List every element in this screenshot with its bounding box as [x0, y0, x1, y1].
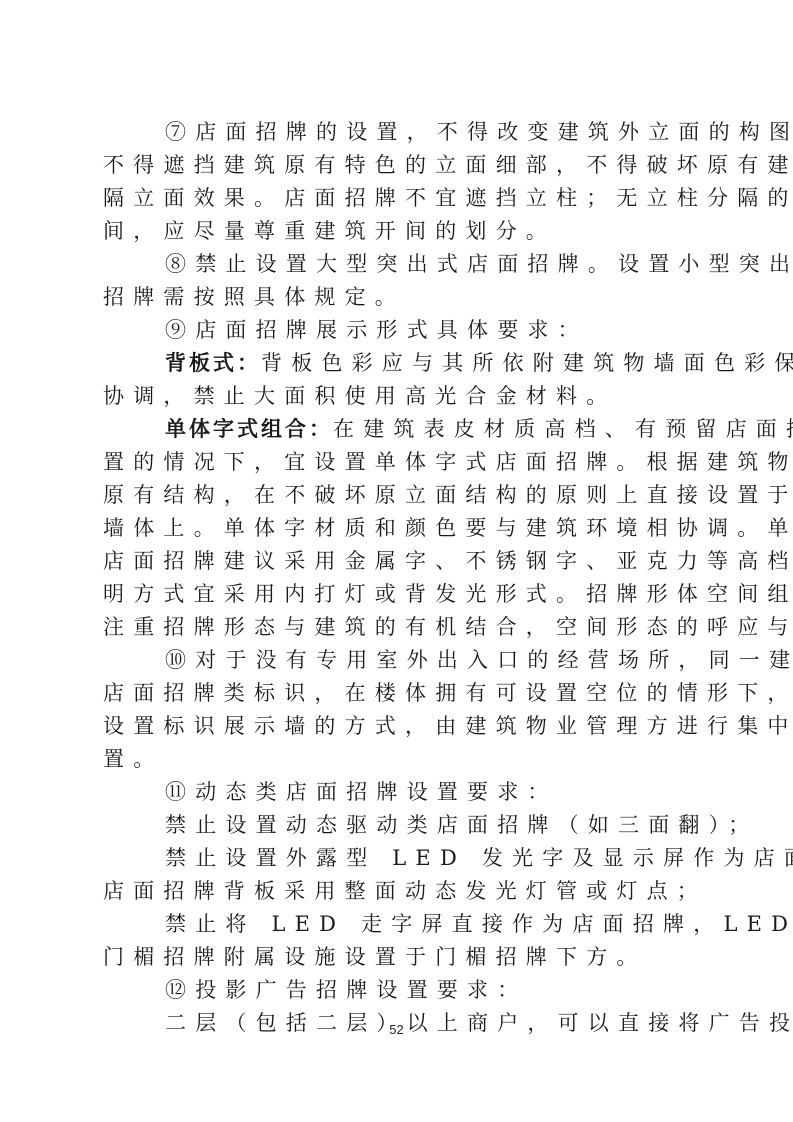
single-char-text: 在建筑表皮材质高档、有预留店面招牌位 [333, 417, 793, 441]
document-body: ⑦店面招牌的设置，不得改变建筑外立面的构图关系， 不得遮挡建筑原有特色的立面细部… [103, 116, 693, 1040]
single-char-line-6: 明方式宜采用内打灯或背发光形式。招牌形体空间组合形式： [103, 578, 693, 611]
paragraph-11b-line-2: 店面招牌背板采用整面动态发光灯管或灯点； [103, 875, 693, 908]
single-char-line-2: 置的情况下，宜设置单体字式店面招牌。根据建筑物立面的 [103, 446, 693, 479]
paragraph-8-line-1: ⑧禁止设置大型突出式店面招牌。设置小型突出式店面 [103, 248, 693, 281]
paragraph-11a-line-1: 禁止设置动态驱动类店面招牌（如三面翻）； [103, 809, 693, 842]
single-char-label: 单体字式组合： [165, 417, 333, 441]
paragraph-11c-line-1: 禁止将 LED 走字屏直接作为店面招牌，LED 走字屏可作为 [103, 908, 693, 941]
paragraph-8-line-2: 招牌需按照具体规定。 [103, 281, 693, 314]
backboard-text: 背板色彩应与其所依附建筑物墙面色彩保持统一 [261, 351, 793, 375]
paragraph-7-line-3: 隔立面效果。店面招牌不宜遮挡立柱；无立柱分隔的建筑开 [103, 182, 693, 215]
backboard-label: 背板式： [165, 351, 261, 375]
page-number: 52 [0, 1022, 793, 1037]
paragraph-9-heading: ⑨店面招牌展示形式具体要求： [103, 314, 693, 347]
paragraph-7-line-1: ⑦店面招牌的设置，不得改变建筑外立面的构图关系， [103, 116, 693, 149]
paragraph-10-line-3: 设置标识展示墙的方式，由建筑物业管理方进行集中、统一设 [103, 710, 693, 743]
paragraph-10-line-4: 置。 [103, 743, 693, 776]
single-char-line-7: 注重招牌形态与建筑的有机结合，空间形态的呼应与错落。 [103, 611, 693, 644]
single-char-line-1: 单体字式组合：在建筑表皮材质高档、有预留店面招牌位 [103, 413, 693, 446]
paragraph-7-line-4: 间，应尽量尊重建筑开间的划分。 [103, 215, 693, 248]
single-char-line-5: 店面招牌建议采用金属字、不锈钢字、亚克力等高档材质。照 [103, 545, 693, 578]
paragraph-12-heading: ⑫投影广告招牌设置要求： [103, 974, 693, 1007]
paragraph-11b-line-1: 禁止设置外露型 LED 发光字及显示屏作为店面招牌；禁止 [103, 842, 693, 875]
backboard-line-1: 背板式：背板色彩应与其所依附建筑物墙面色彩保持统一 [103, 347, 693, 380]
paragraph-7-line-2: 不得遮挡建筑原有特色的立面细部，不得破坏原有建筑的分 [103, 149, 693, 182]
single-char-line-4: 墙体上。单体字材质和颜色要与建筑环境相协调。单体字式 [103, 512, 693, 545]
single-char-line-3: 原有结构，在不破坏原立面结构的原则上直接设置于建筑物 [103, 479, 693, 512]
backboard-line-2: 协调，禁止大面积使用高光合金材料。 [103, 380, 693, 413]
paragraph-11-heading: ⑪动态类店面招牌设置要求： [103, 776, 693, 809]
paragraph-11c-line-2: 门楣招牌附属设施设置于门楣招牌下方。 [103, 941, 693, 974]
paragraph-10-line-1: ⑩对于没有专用室外出入口的经营场所，同一建筑物中 [103, 644, 693, 677]
paragraph-10-line-2: 店面招牌类标识，在楼体拥有可设置空位的情形下，可通过 [103, 677, 693, 710]
